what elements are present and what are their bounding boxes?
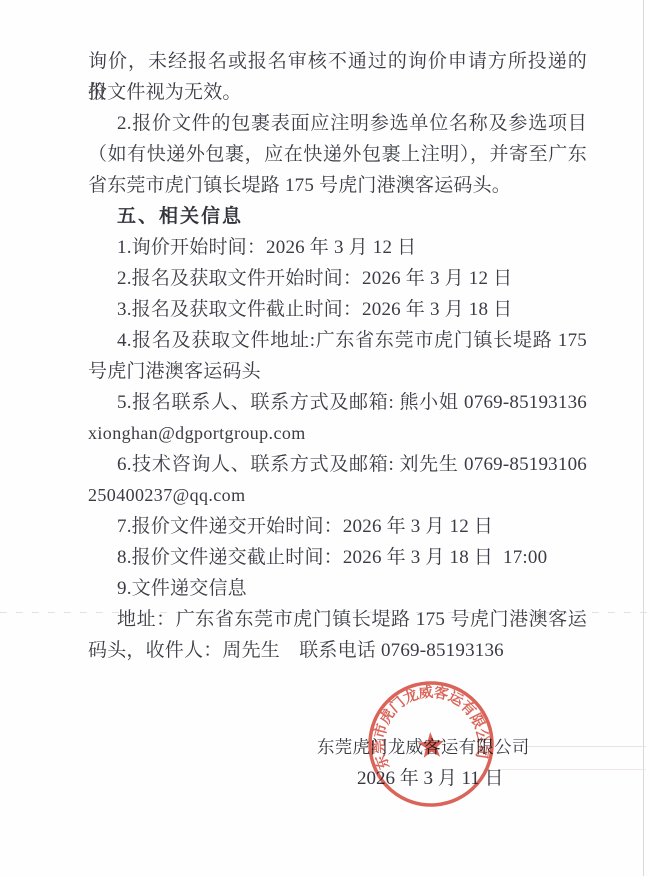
text-line: 地址：广东省东莞市虎门镇长堤路 175 号虎门港澳客运 (88, 604, 587, 635)
text-line: 号虎门港澳客运码头 (88, 356, 587, 387)
text-line: 2.报价文件的包裹表面应注明参选单位名称及参选项目 (88, 108, 587, 139)
text-line: 8.报价文件递交截止时间：2026 年 3 月 18 日 17:00 (88, 542, 587, 573)
text-line: 1.询价开始时间：2026 年 3 月 12 日 (88, 232, 587, 263)
text-line: 4.报名及获取文件地址:广东省东莞市虎门镇长堤路 175 (88, 325, 587, 356)
seal-star (417, 731, 445, 758)
text-line: 2.报名及获取文件开始时间：2026 年 3 月 12 日 (88, 263, 587, 294)
scan-artifact-line-b (500, 769, 646, 770)
seal-arc-text-holder: 东莞市虎门龙威客运有限公司 (366, 679, 494, 772)
document-body: 询价，未经报名或报名审核不通过的询价申请方所投递的报 价文件视为无效。 2.报价… (88, 46, 587, 666)
text-line: 9.文件递交信息 (88, 573, 587, 604)
section-heading: 五、相关信息 (88, 201, 587, 232)
text-line: 省东莞市虎门镇长堤路 175 号虎门港澳客运码头。 (88, 170, 587, 201)
email-line: 250400237@qq.com (88, 480, 587, 511)
text-line: 7.报价文件递交开始时间：2026 年 3 月 12 日 (88, 511, 587, 542)
text-line: 询价，未经报名或报名审核不通过的询价申请方所投递的报 (88, 46, 587, 77)
seal-graphic: 东莞市虎门龙威客运有限公司 (362, 675, 501, 814)
text-line: 码头，收件人：周先生 联系电话 0769-85193136 (88, 635, 587, 666)
seal-arc-text: 东莞市虎门龙威客运有限公司 (366, 679, 494, 772)
text-line: 5.报名联系人、联系方式及邮箱: 熊小姐 0769-85193136 (88, 387, 587, 418)
text-line: 3.报名及获取文件截止时间：2026 年 3 月 18 日 (88, 294, 587, 325)
company-seal-stamp: 东莞市虎门龙威客运有限公司 (362, 675, 501, 814)
scanned-document-page: 询价，未经报名或报名审核不通过的询价申请方所投递的报 价文件视为无效。 2.报价… (0, 0, 649, 876)
text-line: 6.技术咨询人、联系方式及邮箱: 刘先生 0769-85193106 (88, 449, 587, 480)
scan-artifact-vertical-line (643, 0, 644, 876)
email-line: xionghan@dgportgroup.com (88, 418, 587, 449)
text-line: （如有快递外包裹，应在快递外包裹上注明），并寄至广东 (88, 139, 587, 170)
text-line: 价文件视为无效。 (88, 77, 587, 108)
scan-artifact-line-a (527, 746, 646, 747)
